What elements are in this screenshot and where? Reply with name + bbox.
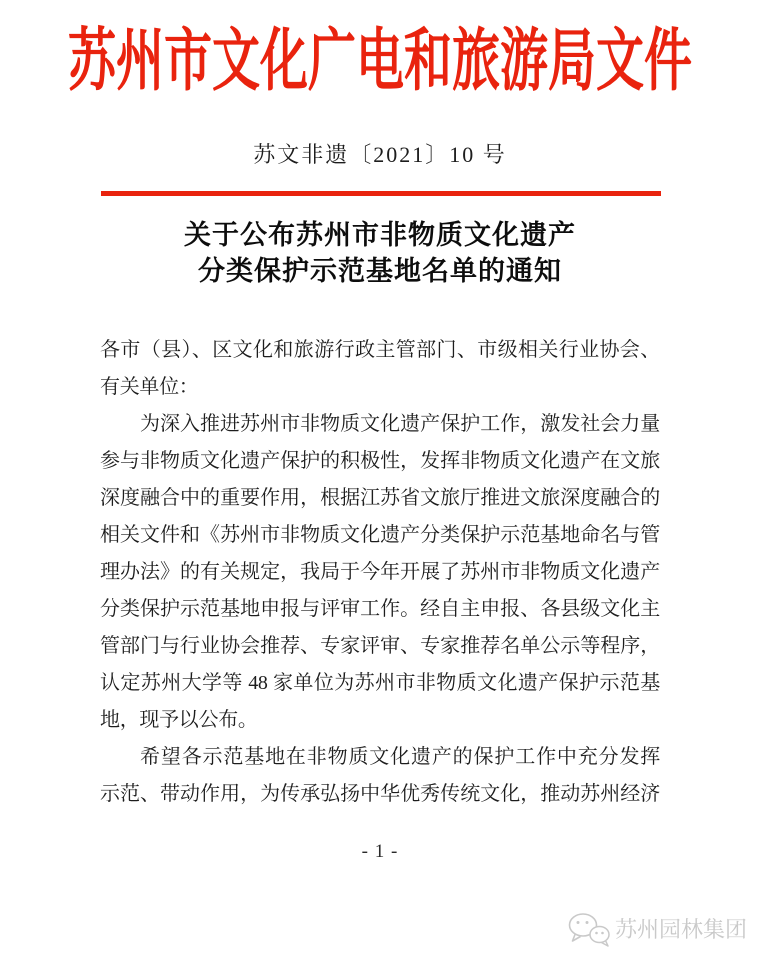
wechat-icon — [566, 911, 612, 949]
paragraph2-line: 希望各示范基地在非物质文化遗产的保护工作中充分发挥 — [100, 739, 660, 776]
watermark-label: 苏州园林集团 — [615, 910, 747, 950]
paragraph1-line: 理办法》的有关规定，我局于今年开展了苏州市非物质文化遗产 — [100, 554, 660, 591]
document-body: 各市（县）、区文化和旅游行政主管部门、市级相关行业协会、 有关单位： 为深入推进… — [100, 332, 660, 813]
document-title: 关于公布苏州市非物质文化遗产 分类保护示范基地名单的通知 — [0, 217, 760, 289]
paragraph1-line: 管部门与行业协会推荐、专家评审、专家推荐名单公示等程序， — [100, 628, 660, 665]
doc-number: 苏文非遗〔2021〕10 号 — [0, 140, 760, 170]
page-number: - 1 - — [0, 840, 760, 864]
paragraph1-line: 相关文件和《苏州市非物质文化遗产分类保护示范基地命名与管 — [100, 517, 660, 554]
red-divider — [101, 191, 661, 196]
document-title-line2: 分类保护示范基地名单的通知 — [0, 253, 760, 289]
document-title-line1: 关于公布苏州市非物质文化遗产 — [0, 217, 760, 253]
paragraph1-line: 认定苏州大学等 48 家单位为苏州市非物质文化遗产保护示范基 — [100, 665, 660, 702]
document-page: 苏州市文化广电和旅游局文件 苏文非遗〔2021〕10 号 关于公布苏州市非物质文… — [0, 0, 760, 966]
paragraph2-line: 示范、带动作用，为传承弘扬中华优秀传统文化，推动苏州经济 — [100, 776, 660, 813]
paragraph1-line: 地，现予以公布。 — [100, 702, 660, 739]
paragraph1-line: 为深入推进苏州市非物质文化遗产保护工作，激发社会力量 — [100, 406, 660, 443]
salutation-line: 各市（县）、区文化和旅游行政主管部门、市级相关行业协会、 — [100, 332, 660, 369]
watermark: 苏州园林集团 — [566, 910, 747, 950]
paragraph1-line: 分类保护示范基地申报与评审工作。经自主申报、各县级文化主 — [100, 591, 660, 628]
salutation-line: 有关单位： — [100, 369, 660, 406]
paragraph1-line: 深度融合中的重要作用，根据江苏省文旅厅推进文旅深度融合的 — [100, 480, 660, 517]
agency-title: 苏州市文化广电和旅游局文件 — [0, 16, 760, 110]
paragraph1-line: 参与非物质文化遗产保护的积极性，发挥非物质文化遗产在文旅 — [100, 443, 660, 480]
